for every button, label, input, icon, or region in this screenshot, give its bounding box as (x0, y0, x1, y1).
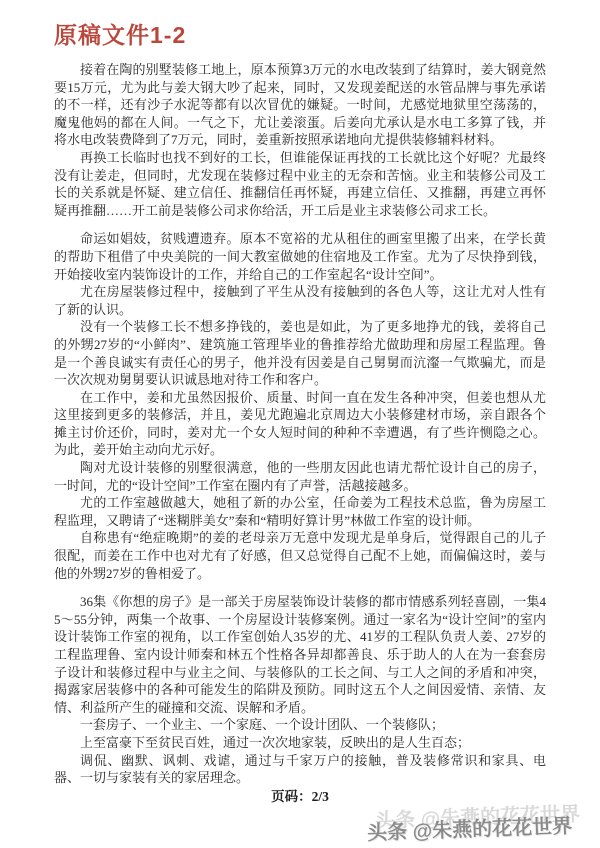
page-number: 页码：2/3 (0, 785, 600, 805)
paragraph: 命运如娼妓，贫贱遭遗弃。原本不宽裕的尤从租住的画室里搬了出来，在学长黄的帮助下租… (54, 230, 546, 283)
document-title: 原稿文件1-2 (54, 22, 546, 48)
watermark-text: 头条 @朱燕的花花世界 (366, 809, 572, 845)
paragraph: 没有一个装修工长不想多挣钱的，姜也是如此，为了更多地挣尤的钱，姜将自己的外甥27… (54, 318, 546, 388)
paragraph: 在工作中，姜和尤虽然因报价、质量、时间一直在发生各种冲突，但姜也想从尤这里接到更… (54, 389, 546, 459)
paragraph: 自称患有“绝症晚期”的姜的老母亲万无意中发现尤是单身后，觉得跟自己的儿子很配，而… (54, 529, 546, 582)
paragraph: 上至富豪下至贫民百姓，通过一次次地家装，反映出的是人生百态； (54, 734, 546, 752)
paragraph: 再换工长临时也找不到好的工长，但谁能保证再找的工长就比这个好呢？尤最终没有让姜走… (54, 149, 546, 219)
paragraph: 调侃、幽默、讽刺、戏谑，通过与千家万户的接触，普及装修常识和家具、电器、一切与家… (54, 752, 546, 787)
paragraph: 尤的工作室越做越大，她租了新的办公室，任命姜为工程技术总监，鲁为房屋工程监理，又… (54, 494, 546, 529)
paragraph: 陶对尤设计装修的别墅很满意，他的一些朋友因此也请尤帮忙设计自己的房子，一时间，尤… (54, 459, 546, 494)
paragraph: 接着在陶的别墅装修工地上，原本预算3万元的水电改装到了结算时，姜大钢竟然要15万… (54, 61, 546, 149)
paragraph: 36集《你想的房子》是一部关于房屋装饰设计装修的都市情感系列轻喜剧，一集45～5… (54, 593, 546, 716)
document-body: 接着在陶的别墅装修工地上，原本预算3万元的水电改装到了结算时，姜大钢竟然要15万… (54, 61, 546, 787)
document-page: 原稿文件1-2 接着在陶的别墅装修工地上，原本预算3万元的水电改装到了结算时，姜… (0, 0, 600, 848)
paragraph: 尤在房屋装修过程中，接触到了平生从没有接触到的各色人等，这让尤对人性有了新的认识… (54, 283, 546, 318)
watermark: 头条 @朱燕的花花世界 头条 @朱燕的花花世界 (326, 804, 576, 846)
paragraph: 一套房子、一个业主、一个家庭、一个设计团队、一个装修队； (54, 716, 546, 734)
